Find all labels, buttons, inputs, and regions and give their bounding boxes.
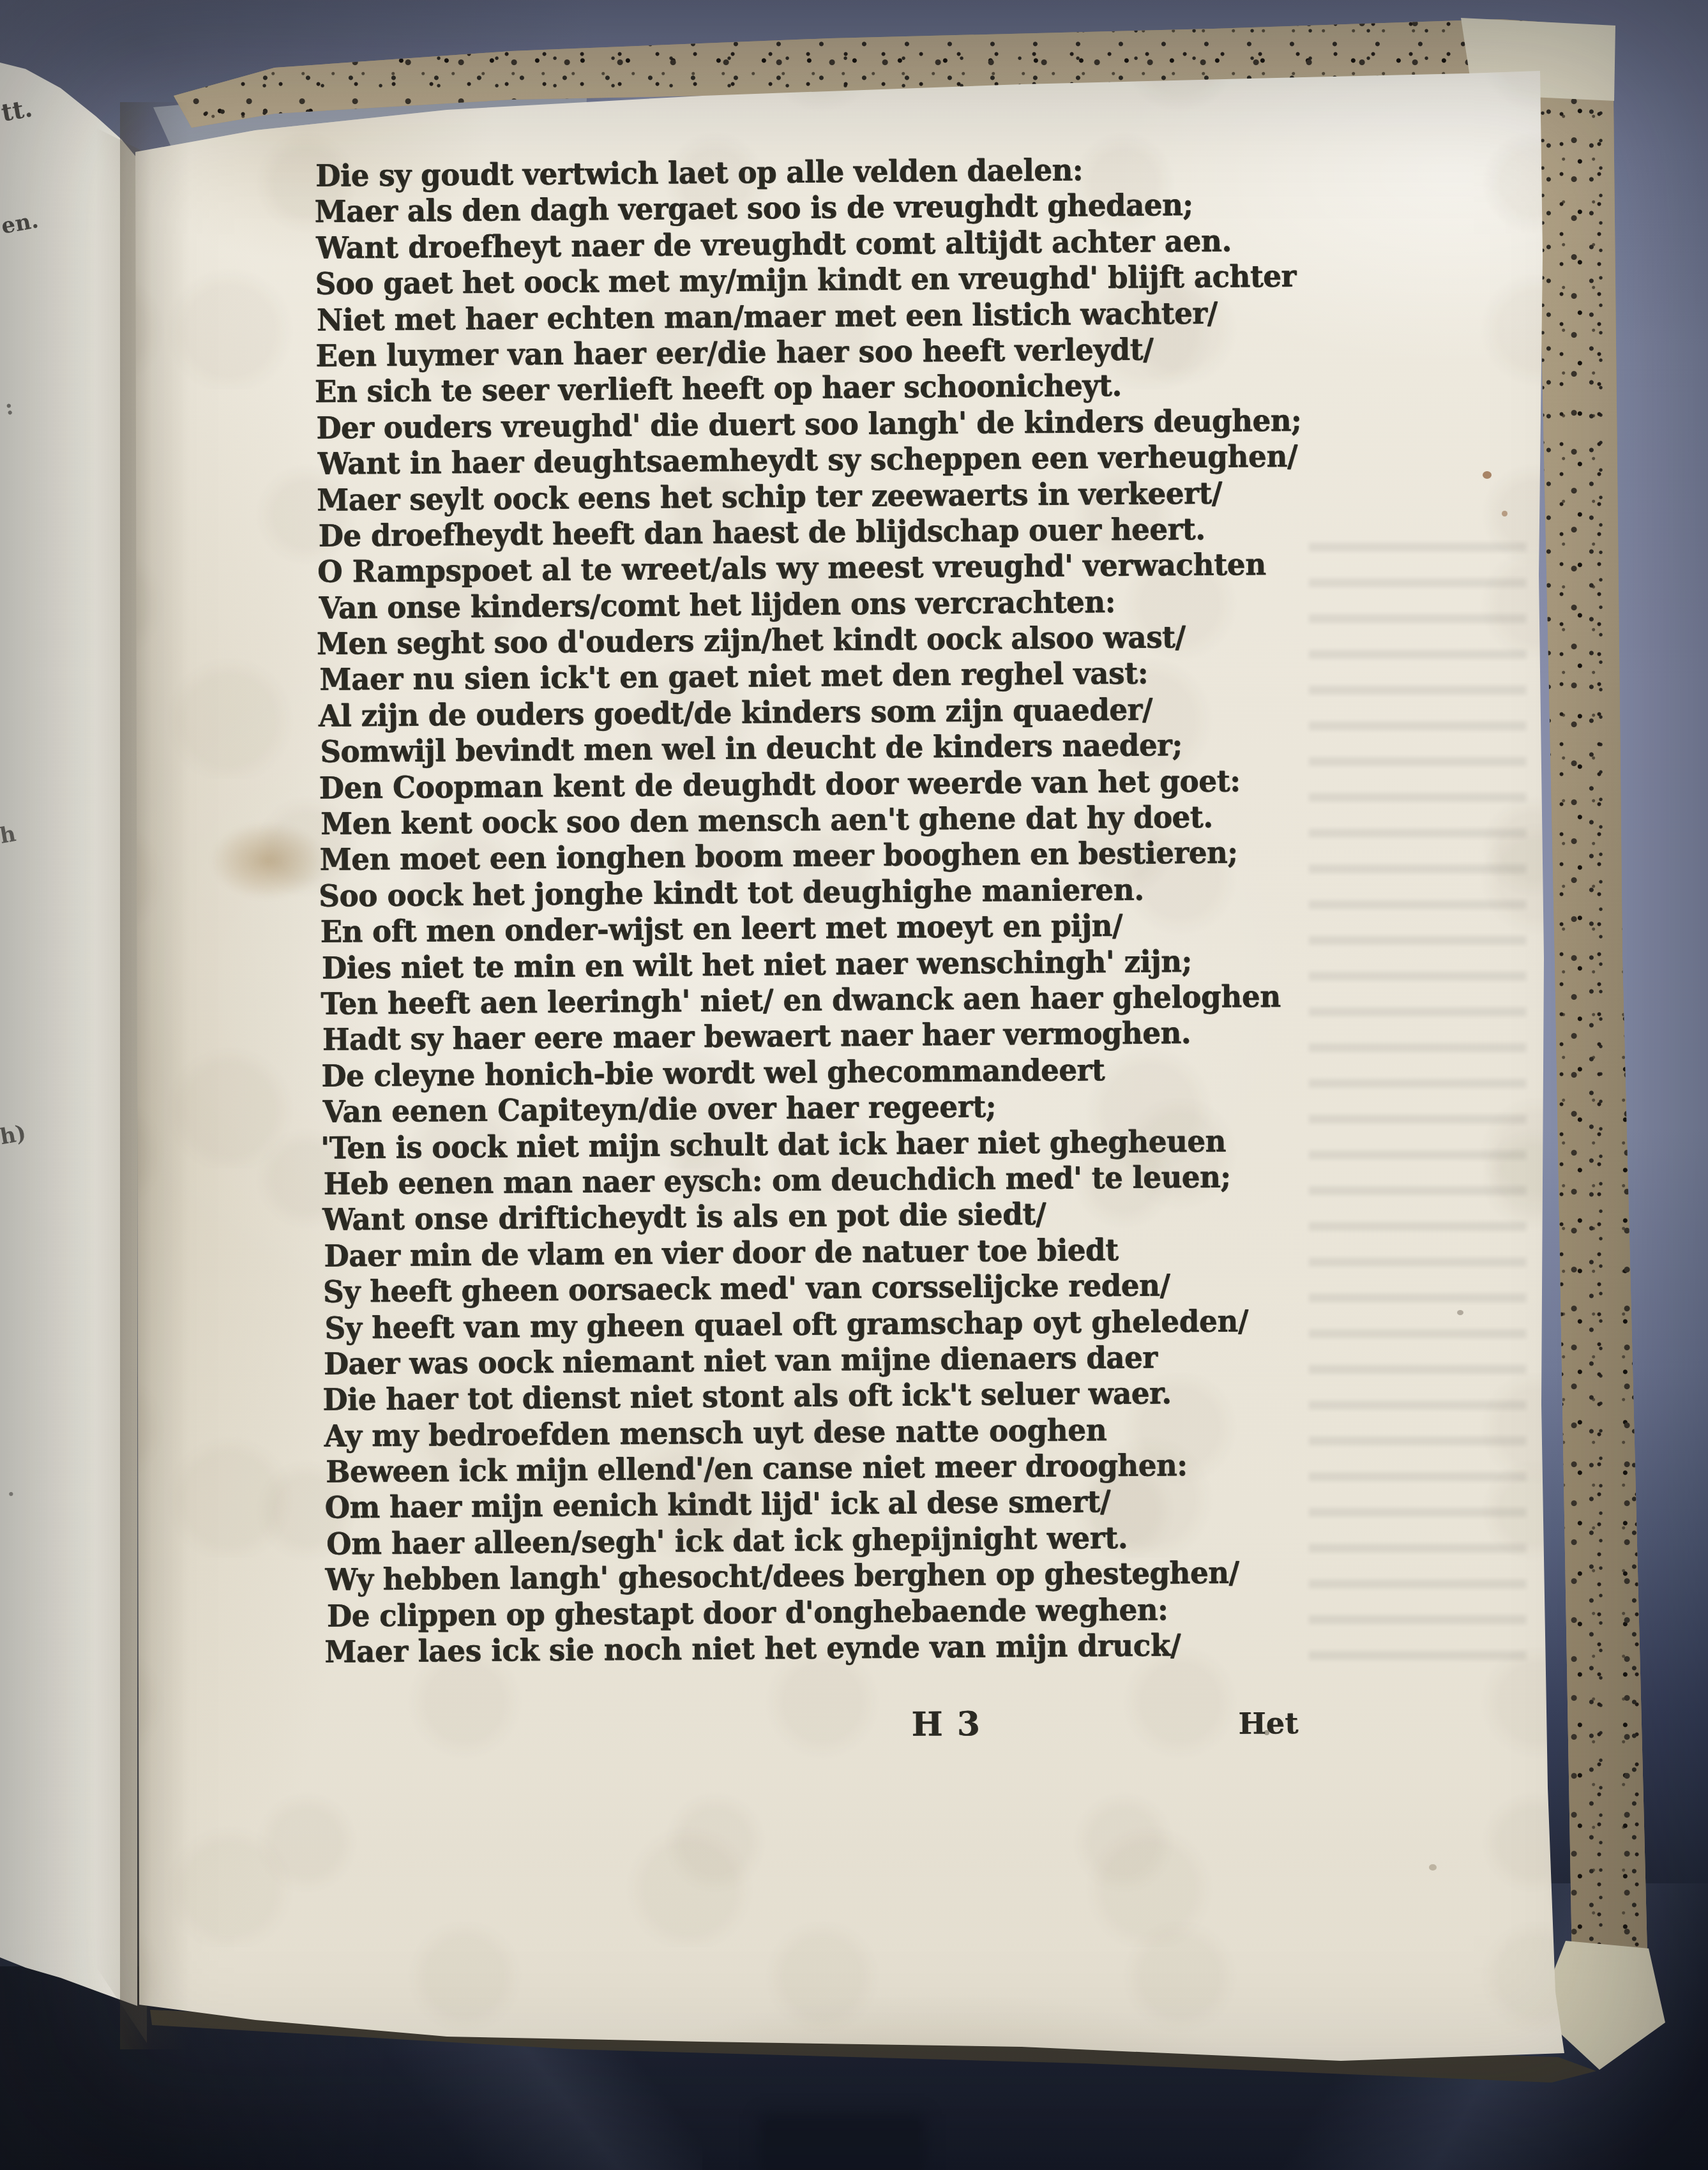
- catchword: Het: [1238, 1706, 1298, 1741]
- signature-mark: H 3: [911, 1705, 981, 1744]
- poem-text: Die sy goudt vertwich laet op alle velde…: [314, 150, 1361, 1670]
- backdrop-dark-patch: [766, 2121, 918, 2170]
- gutter-shadow: [120, 102, 190, 2049]
- book-page: Die sy goudt vertwich laet op alle velde…: [0, 0, 1708, 2170]
- book-photo: tt. en. : h h) . Die sy goudt vertwich l…: [0, 0, 1708, 2170]
- poem-line: Maer laes ick sie noch niet het eynde va…: [324, 1625, 1360, 1671]
- printed-text-layer: Die sy goudt vertwich laet op alle velde…: [0, 0, 1708, 2170]
- page-edge-fragment: h): [0, 1120, 28, 1150]
- page-edge-fragment: tt.: [0, 93, 34, 127]
